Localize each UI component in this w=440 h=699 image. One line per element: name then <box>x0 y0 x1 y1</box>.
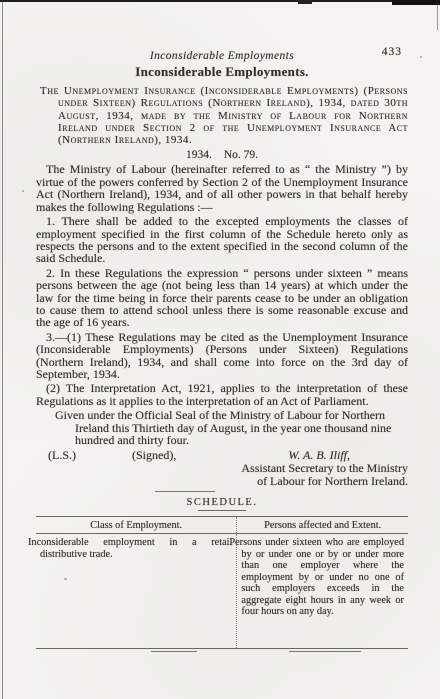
page-content: Inconsiderable Employments 433 Inconside… <box>0 0 440 652</box>
page-number: 433 <box>382 46 402 58</box>
paragraph-preamble: The Ministry of Labour (hereinafter refe… <box>36 163 408 213</box>
schedule-underline <box>198 510 246 511</box>
scan-edge-right <box>437 0 438 30</box>
schedule-heading: SCHEDULE. <box>36 497 408 508</box>
paragraph-regulation-3-1: 3.—(1) These Regulations may be cited as… <box>36 331 408 381</box>
paragraph-regulation-2: 2. In these Regulations the expression “… <box>36 267 408 329</box>
table-header-row: Class of Employment. Persons affected an… <box>36 516 408 534</box>
cell-class-of-employment: Inconsiderable employment in a retail di… <box>36 534 237 649</box>
paragraph-testimonium: Given under the Official Seal of the Min… <box>36 409 408 446</box>
seal-mark: (L.S.) <box>48 448 76 463</box>
signed-label: (Signed), <box>132 448 176 463</box>
signatory-title-line2: of Labour for Northern Ireland. <box>36 475 408 487</box>
schedule-table: Class of Employment. Persons affected an… <box>36 516 408 649</box>
scan-line-fragment <box>289 651 361 652</box>
scan-speck <box>22 190 24 192</box>
table-row: Inconsiderable employment in a retail di… <box>36 534 408 649</box>
citation-paragraph: The Unemployment Insurance (Inconsiderab… <box>36 85 408 146</box>
signature-row: (L.S.) (Signed), W. A. B. Iliff, <box>36 448 408 461</box>
scan-line-fragment <box>151 651 197 652</box>
scan-edge-nub <box>298 0 312 4</box>
schedule-table-body: Inconsiderable employment in a retail di… <box>36 534 408 649</box>
signatory-title-line1: Assistant Secretary to the Ministry <box>36 462 408 474</box>
paragraph-regulation-3-2: (2) The Interpretation Act, 1921, applie… <box>36 382 408 407</box>
scan-edge-top <box>0 0 440 2</box>
page-header: Inconsiderable Employments 433 <box>36 46 408 60</box>
scan-speck <box>420 56 422 58</box>
column-header-class-of-employment: Class of Employment. <box>36 516 237 534</box>
schedule-table-head: Class of Employment. Persons affected an… <box>36 516 408 534</box>
sr-number-line: 1934.No. 79. <box>36 149 408 161</box>
scan-edge-left <box>2 0 3 699</box>
scan-edge-top-right <box>392 0 440 5</box>
section-divider <box>155 491 215 492</box>
signatory-title: Assistant Secretary to the Ministry of L… <box>36 462 408 486</box>
cell-persons-affected: Persons under sixteen who are employed b… <box>237 534 408 649</box>
running-head: Inconsiderable Employments <box>150 50 294 62</box>
paragraph-regulation-1: 1. There shall be added to the excepted … <box>36 215 408 265</box>
scanned-page: Inconsiderable Employments 433 Inconside… <box>0 0 440 699</box>
sr-year: 1934. <box>186 149 212 161</box>
column-header-persons-affected: Persons affected and Extent. <box>237 516 408 534</box>
scan-speck <box>64 578 67 580</box>
sr-no: No. 79. <box>224 149 258 161</box>
document-title: Inconsiderable Employments. <box>36 64 408 80</box>
scan-line-fragments <box>36 651 408 652</box>
